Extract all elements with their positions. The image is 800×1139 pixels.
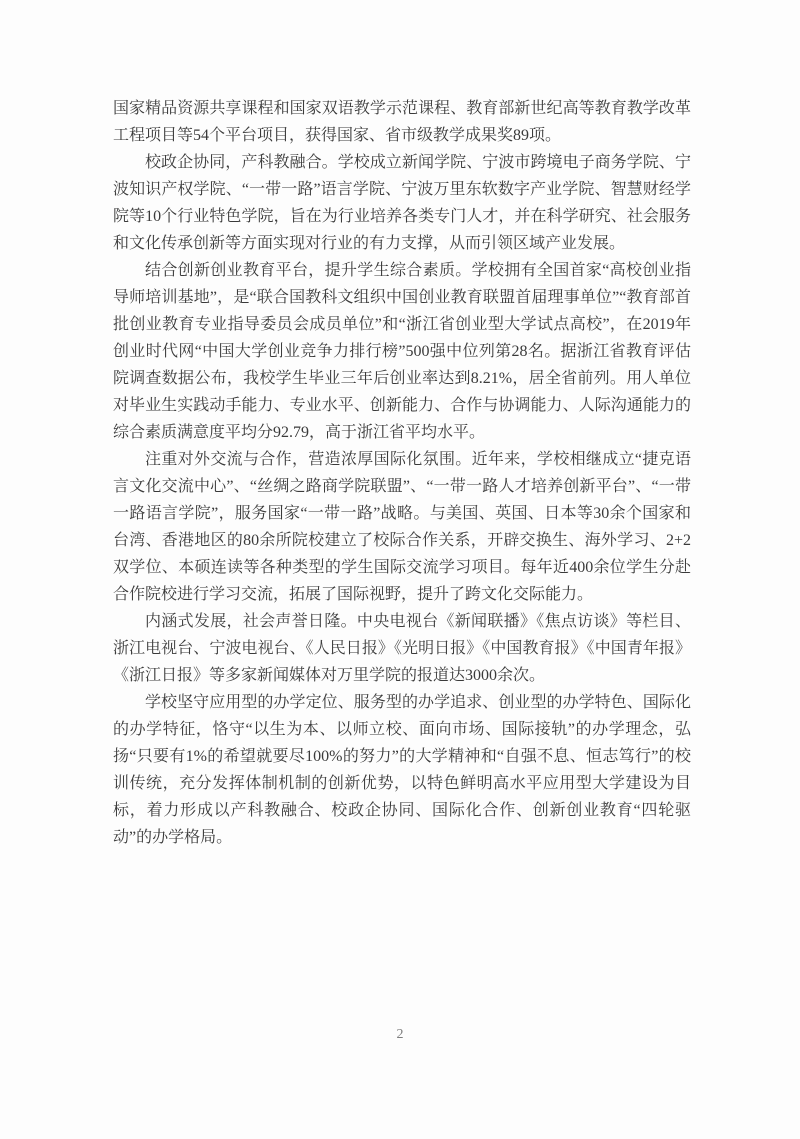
paragraph-1-continuation: 国家精品资源共享课程和国家双语教学示范课程、教育部新世纪高等教育教学改革工程项目… bbox=[113, 95, 691, 149]
paragraph-6: 学校坚守应用型的办学定位、服务型的办学追求、创业型的办学特色、国际化的办学特征，… bbox=[113, 689, 691, 851]
document-page: 国家精品资源共享课程和国家双语教学示范课程、教育部新世纪高等教育教学改革工程项目… bbox=[0, 0, 800, 1139]
paragraph-3: 结合创新创业教育平台，提升学生综合素质。学校拥有全国首家“高校创业指导师培训基地… bbox=[113, 257, 691, 446]
page-number: 2 bbox=[0, 1026, 800, 1044]
body-text: 国家精品资源共享课程和国家双语教学示范课程、教育部新世纪高等教育教学改革工程项目… bbox=[113, 95, 691, 851]
paragraph-2: 校政企协同，产科教融合。学校成立新闻学院、宁波市跨境电子商务学院、宁波知识产权学… bbox=[113, 149, 691, 257]
paragraph-5: 内涵式发展，社会声誉日隆。中央电视台《新闻联播》《焦点访谈》等栏目、浙江电视台、… bbox=[113, 608, 691, 689]
paragraph-4: 注重对外交流与合作，营造浓厚国际化氛围。近年来，学校相继成立“捷克语言文化交流中… bbox=[113, 446, 691, 608]
